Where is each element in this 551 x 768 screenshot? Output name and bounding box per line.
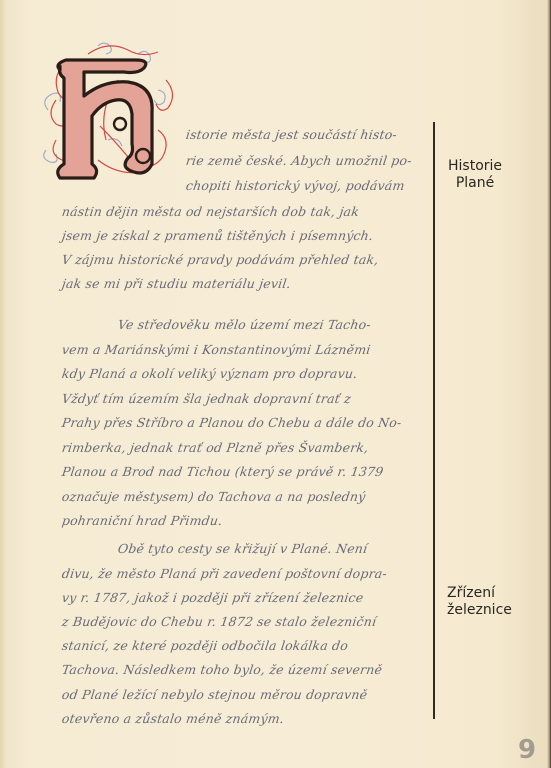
text-line: istorie města jest součástí histo- — [185, 127, 398, 142]
text-line: Planou a Brod nad Tichou (který se právě… — [61, 464, 385, 479]
text-line: Ve středověku mělo území mezi Tacho- — [117, 317, 372, 332]
side-note-railway: Zřízení železnice — [447, 585, 512, 619]
text-line: Prahy přes Stříbro a Planou do Chebu a d… — [61, 415, 403, 430]
text-line: nástin dějin města od nejstarších dob ta… — [61, 204, 360, 219]
side-note-line: železnice — [447, 602, 512, 619]
margin-rule — [433, 122, 435, 719]
text-line: pohraniční hrad Přimdu. — [61, 513, 224, 528]
binding-edge — [0, 0, 6, 768]
text-line: kdy Planá a okolí veliký význam pro dopr… — [61, 366, 358, 381]
text-line: Vždyť tím územím šla jednak dopravní tra… — [61, 391, 352, 406]
text-line: rie země české. Abych umožnil po- — [185, 153, 413, 168]
side-note-line: Historie — [448, 158, 502, 175]
text-line: Obě tyto cesty se křižují v Plané. Není — [117, 541, 368, 556]
page-number: 9 — [518, 735, 536, 765]
page-edge — [547, 0, 551, 768]
text-line: chopiti historický vývoj, podávám — [185, 178, 406, 193]
text-line: vy r. 1787, jakož i později při zřízení … — [61, 590, 365, 605]
text-line: otevřeno a zůstalo méně známým. — [61, 711, 285, 726]
text-line: z Budějovic do Chebu r. 1872 se stalo že… — [61, 614, 377, 629]
illuminated-initial-h-icon — [38, 40, 180, 182]
side-note-history: Historie Plané — [448, 158, 502, 192]
text-line: označuje městysem) do Tachova a na posle… — [61, 489, 367, 504]
text-line: Tachova. Následkem toho bylo, že území s… — [61, 662, 383, 677]
text-line: jak se mi při studiu materiálu jevil. — [61, 276, 292, 291]
text-line: vem a Mariánskými i Konstantinovými Lázn… — [61, 342, 372, 357]
chronicle-page: Historie Plané Zřízení železnice istorie… — [0, 0, 551, 768]
text-line: od Plané ležící nebylo stejnou měrou dop… — [61, 687, 368, 702]
side-note-line: Plané — [448, 175, 502, 192]
text-line: jsem je získal z pramenů tištěných i pís… — [61, 228, 374, 243]
side-note-line: Zřízení — [447, 585, 512, 602]
text-line: divu, že město Planá při zavedení poštov… — [61, 566, 388, 581]
text-line: V zájmu historické pravdy podávám přehle… — [61, 252, 380, 267]
text-line: rimberka, jednak trať od Plzně přes Švam… — [61, 440, 370, 455]
text-line: stanicí, ze které později odbočila lokál… — [61, 638, 349, 653]
